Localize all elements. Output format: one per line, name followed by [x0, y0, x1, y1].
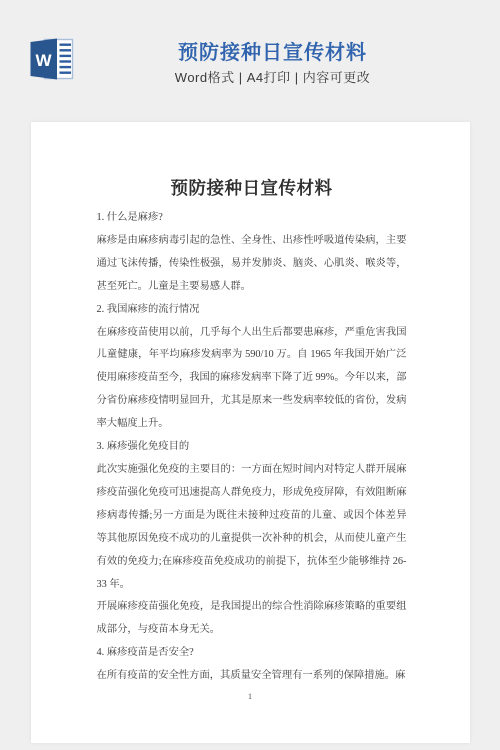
section-heading: 3. 麻疹强化免疫目的 [97, 436, 407, 459]
body-paragraph: 在所有疫苗的安全性方面，其质量安全管理有一系列的保障措施。麻 [97, 665, 407, 688]
body-paragraph: 麻疹是由麻疹病毒引起的急性、全身性、出疹性呼吸道传染病，主要通过飞沫传播，传染性… [97, 230, 407, 299]
body-paragraph: 此次实施强化免疫的主要目的：一方面在短时间内对特定人群开展麻疹疫苗强化免疫可迅速… [97, 459, 407, 596]
page-title: 预防接种日宣传材料 [45, 41, 500, 65]
header: W 预防接种日宣传材料 Word格式 | A4打印 | 内容可更改 [0, 0, 500, 122]
page-number: 1 [31, 691, 470, 701]
document-body: 1. 什么是麻疹?麻疹是由麻疹病毒引起的急性、全身性、出疹性呼吸道传染病，主要通… [97, 207, 407, 688]
header-text: 预防接种日宣传材料 Word格式 | A4打印 | 内容可更改 [45, 41, 500, 86]
page-subtitle: Word格式 | A4打印 | 内容可更改 [45, 70, 500, 86]
body-paragraph: 开展麻疹疫苗强化免疫，是我国提出的综合性消除麻疹策略的重要组成部分，与疫苗本身无… [97, 596, 407, 642]
section-heading: 4. 麻疹疫苗是否安全? [97, 642, 407, 665]
body-paragraph: 在麻疹疫苗使用以前，几乎每个人出生后都要患麻疹，严重危害我国儿童健康，年平均麻疹… [97, 322, 407, 437]
document-page: 预防接种日宣传材料 1. 什么是麻疹?麻疹是由麻疹病毒引起的急性、全身性、出疹性… [31, 122, 470, 743]
document-content: 预防接种日宣传材料 1. 什么是麻疹?麻疹是由麻疹病毒引起的急性、全身性、出疹性… [31, 122, 470, 688]
document-title: 预防接种日宣传材料 [97, 175, 407, 201]
template-preview: W 预防接种日宣传材料 Word格式 | A4打印 | 内容可更改 预防接种日宣… [0, 0, 500, 750]
section-heading: 2. 我国麻疹的流行情况 [97, 299, 407, 322]
section-heading: 1. 什么是麻疹? [97, 207, 407, 230]
